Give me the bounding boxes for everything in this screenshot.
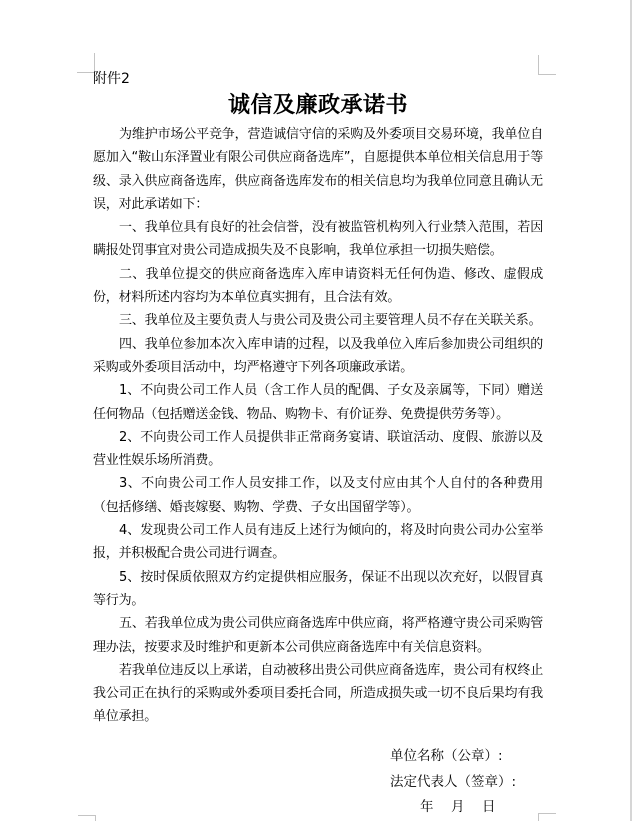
paragraph-clause-2: 二、我单位提交的供应商备选库入库申请资料无任何伪造、修改、虚假成份，材料所述内容…	[93, 263, 543, 310]
paragraph-item-1: 1、不向贵公司工作人员（含工作人员的配偶、子女及亲属等，下同）赠送任何物品（包括…	[93, 379, 543, 426]
text-boundary-mark-top-right	[538, 55, 556, 75]
document-body: 为维护市场公平竞争，营造诚信守信的采购及外委项目交易环境，我单位自愿加入“鞍山东…	[93, 123, 543, 729]
paragraph-item-4: 4、发现贵公司工作人员有违反上述行为倾向的，将及时向贵公司办公室举报，并积极配合…	[93, 519, 543, 566]
paragraph-item-2: 2、不向贵公司工作人员提供非正常商务宴请、联谊活动、度假、旅游以及营业性娱乐场所…	[93, 426, 543, 473]
page-right-edge	[630, 0, 632, 821]
paragraph-intro: 为维护市场公平竞争，营造诚信守信的采购及外委项目交易环境，我单位自愿加入“鞍山东…	[93, 123, 543, 216]
signature-date-label: 年 月 日	[390, 795, 516, 821]
text-boundary-mark-bottom-right	[538, 813, 556, 821]
document-page[interactable]: 附件2 诚信及廉政承诺书 为维护市场公平竞争，营造诚信守信的采购及外委项目交易环…	[0, 0, 635, 821]
attachment-label: 附件2	[93, 70, 130, 88]
paragraph-clause-5: 五、若我单位成为贵公司供应商备选库中供应商，将严格遵守贵公司采购管理办法，按要求…	[93, 612, 543, 659]
paragraph-clause-3: 三、我单位及主要负责人与贵公司及贵公司主要管理人员不存在关联关系。	[93, 309, 543, 332]
paragraph-closing: 若我单位违反以上承诺，自动被移出贵公司供应商备选库，贵公司有权终止我公司正在执行…	[93, 659, 543, 729]
signature-unit-name-label: 单位名称（公章）:	[390, 744, 516, 770]
signature-legal-rep-label: 法定代表人（签章）:	[390, 770, 516, 796]
text-boundary-mark-bottom-left	[78, 815, 96, 821]
paragraph-item-5: 5、按时保质依照双方约定提供相应服务，保证不出现以次充好，以假冒真等行为。	[93, 566, 543, 613]
paragraph-clause-1: 一、我单位具有良好的社会信誉，没有被监管机构列入行业禁入范围，若因瞒报处罚事宜对…	[93, 216, 543, 263]
signature-block: 单位名称（公章）: 法定代表人（签章）: 年 月 日	[390, 744, 516, 821]
paragraph-clause-4: 四、我单位参加本次入库申请的过程，以及我单位入库后参加贵公司组织的采购或外委项目…	[93, 333, 543, 380]
paragraph-item-3: 3、不向贵公司工作人员安排工作，以及支付应由其个人自付的各种费用（包括修缮、婚丧…	[93, 472, 543, 519]
document-title: 诚信及廉政承诺书	[93, 88, 543, 119]
